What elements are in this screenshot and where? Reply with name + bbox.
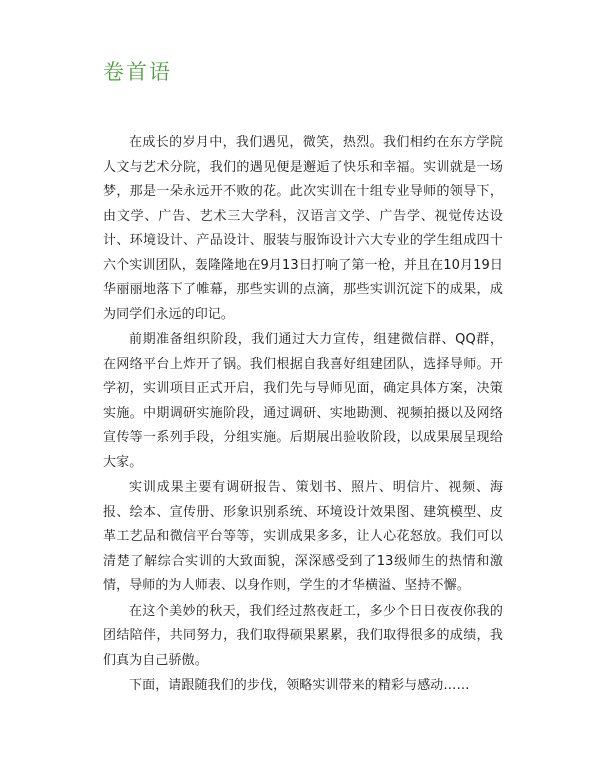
paragraph-results: 实训成果主要有调研报告、策划书、照片、明信片、视频、海报、绘本、宣传册、形象识别… — [103, 476, 503, 599]
page-title: 卷首语 — [103, 56, 172, 86]
paragraph-preparation: 前期准备组织阶段，我们通过大力宣传，组建微信群、QQ群，在网络平台上炸开了锅。我… — [103, 328, 503, 475]
document-body: 在成长的岁月中，我们遇见，微笑，热烈。我们相约在东方学院人文与艺术分院，我们的遇… — [103, 131, 503, 699]
document-page: 卷首语 在成长的岁月中，我们遇见，微笑，热烈。我们相约在东方学院人文与艺术分院，… — [0, 0, 606, 768]
paragraph-autumn: 在这个美妙的秋天，我们经过熬夜赶工，多少个日日夜夜你我的团结陪伴，共同努力，我们… — [103, 600, 503, 674]
paragraph-closing: 下面，请跟随我们的步伐，领略实训带来的精彩与感动…… — [103, 674, 503, 699]
paragraph-intro: 在成长的岁月中，我们遇见，微笑，热烈。我们相约在东方学院人文与艺术分院，我们的遇… — [103, 131, 503, 327]
